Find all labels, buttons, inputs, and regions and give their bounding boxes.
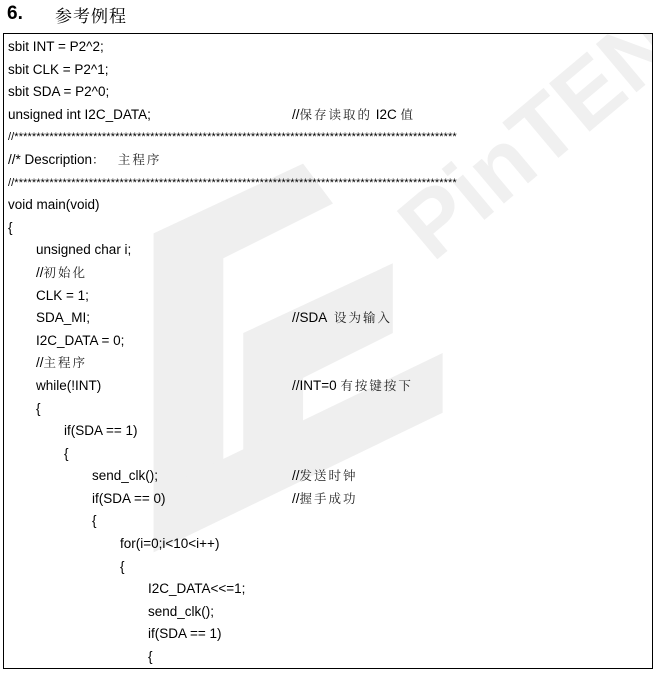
code-line: { bbox=[8, 646, 652, 669]
code-line: send_clk(); bbox=[8, 601, 652, 624]
code-text: if(SDA == 1) bbox=[64, 420, 138, 443]
code-line: unsigned char i; bbox=[8, 239, 652, 262]
code-text: if(SDA == 0) bbox=[92, 488, 166, 511]
code-comment: //SDA 设为输入 bbox=[292, 307, 392, 330]
code-line: { bbox=[8, 556, 652, 579]
code-line: sbit SDA = P2^0; bbox=[8, 81, 652, 104]
section-title: 参考例程 bbox=[55, 2, 127, 27]
code-text: { bbox=[8, 217, 13, 240]
code-text: //初始化 bbox=[36, 262, 87, 285]
code-text: { bbox=[64, 443, 69, 466]
code-lines: sbit INT = P2^2;sbit CLK = P2^1;sbit SDA… bbox=[8, 36, 652, 669]
code-comment: //保存读取的 I2C 值 bbox=[292, 104, 415, 127]
code-text: //**************************************… bbox=[8, 172, 457, 195]
code-text: { bbox=[120, 556, 125, 579]
code-line: if(SDA == 1) bbox=[8, 623, 652, 646]
code-text: for(i=0;i<10<i++) bbox=[120, 533, 219, 556]
code-text: SDA_MI; bbox=[36, 307, 90, 330]
code-line: //* Description： 主程序 bbox=[8, 149, 652, 172]
section-number: 6. bbox=[7, 3, 55, 25]
code-text: send_clk(); bbox=[92, 465, 158, 488]
code-text: //主程序 bbox=[36, 352, 87, 375]
code-text: sbit INT = P2^2; bbox=[8, 36, 104, 59]
code-text: while(!INT) bbox=[36, 375, 101, 398]
code-line: CLK = 1; bbox=[8, 285, 652, 308]
code-text: unsigned int I2C_DATA; bbox=[8, 104, 151, 127]
code-line: { bbox=[8, 217, 652, 240]
code-line: sbit INT = P2^2; bbox=[8, 36, 652, 59]
code-comment: //发送时钟 bbox=[292, 465, 358, 488]
code-line: if(SDA == 1) bbox=[8, 420, 652, 443]
code-text: { bbox=[36, 398, 41, 421]
code-text: CLK = 1; bbox=[36, 285, 89, 308]
code-line: send_clk();//发送时钟 bbox=[8, 465, 652, 488]
code-line: I2C_DATA<<=1; bbox=[8, 578, 652, 601]
code-line: { bbox=[8, 510, 652, 533]
code-text: sbit CLK = P2^1; bbox=[8, 59, 109, 82]
code-line: if(SDA == 0)//握手成功 bbox=[8, 488, 652, 511]
code-line: { bbox=[8, 443, 652, 466]
code-line: //**************************************… bbox=[8, 126, 652, 149]
code-text: { bbox=[92, 510, 97, 533]
code-line: void main(void) bbox=[8, 194, 652, 217]
code-line: { bbox=[8, 398, 652, 421]
code-line: //**************************************… bbox=[8, 172, 652, 195]
code-text: //* Description： 主程序 bbox=[8, 149, 161, 172]
code-comment: //INT=0 有按键按下 bbox=[292, 375, 413, 398]
code-line: //主程序 bbox=[8, 352, 652, 375]
code-text: if(SDA == 1) bbox=[148, 623, 222, 646]
code-line: SDA_MI;//SDA 设为输入 bbox=[8, 307, 652, 330]
code-line: sbit CLK = P2^1; bbox=[8, 59, 652, 82]
code-text: sbit SDA = P2^0; bbox=[8, 81, 109, 104]
code-line: while(!INT)//INT=0 有按键按下 bbox=[8, 375, 652, 398]
code-line: //初始化 bbox=[8, 262, 652, 285]
code-text: unsigned char i; bbox=[36, 239, 131, 262]
code-text: //**************************************… bbox=[8, 126, 457, 149]
code-line: for(i=0;i<10<i++) bbox=[8, 533, 652, 556]
code-block: PinTENG sbit INT = P2^2;sbit CLK = P2^1;… bbox=[3, 33, 653, 669]
code-text: I2C_DATA<<=1; bbox=[148, 578, 245, 601]
code-text: I2C_DATA = 0; bbox=[36, 330, 124, 353]
code-text: { bbox=[148, 646, 153, 669]
code-text: send_clk(); bbox=[148, 601, 214, 624]
code-comment: //握手成功 bbox=[292, 488, 358, 511]
section-heading: 6. 参考例程 bbox=[7, 2, 127, 26]
code-text: void main(void) bbox=[8, 194, 100, 217]
code-line: unsigned int I2C_DATA;//保存读取的 I2C 值 bbox=[8, 104, 652, 127]
code-line: I2C_DATA = 0; bbox=[8, 330, 652, 353]
